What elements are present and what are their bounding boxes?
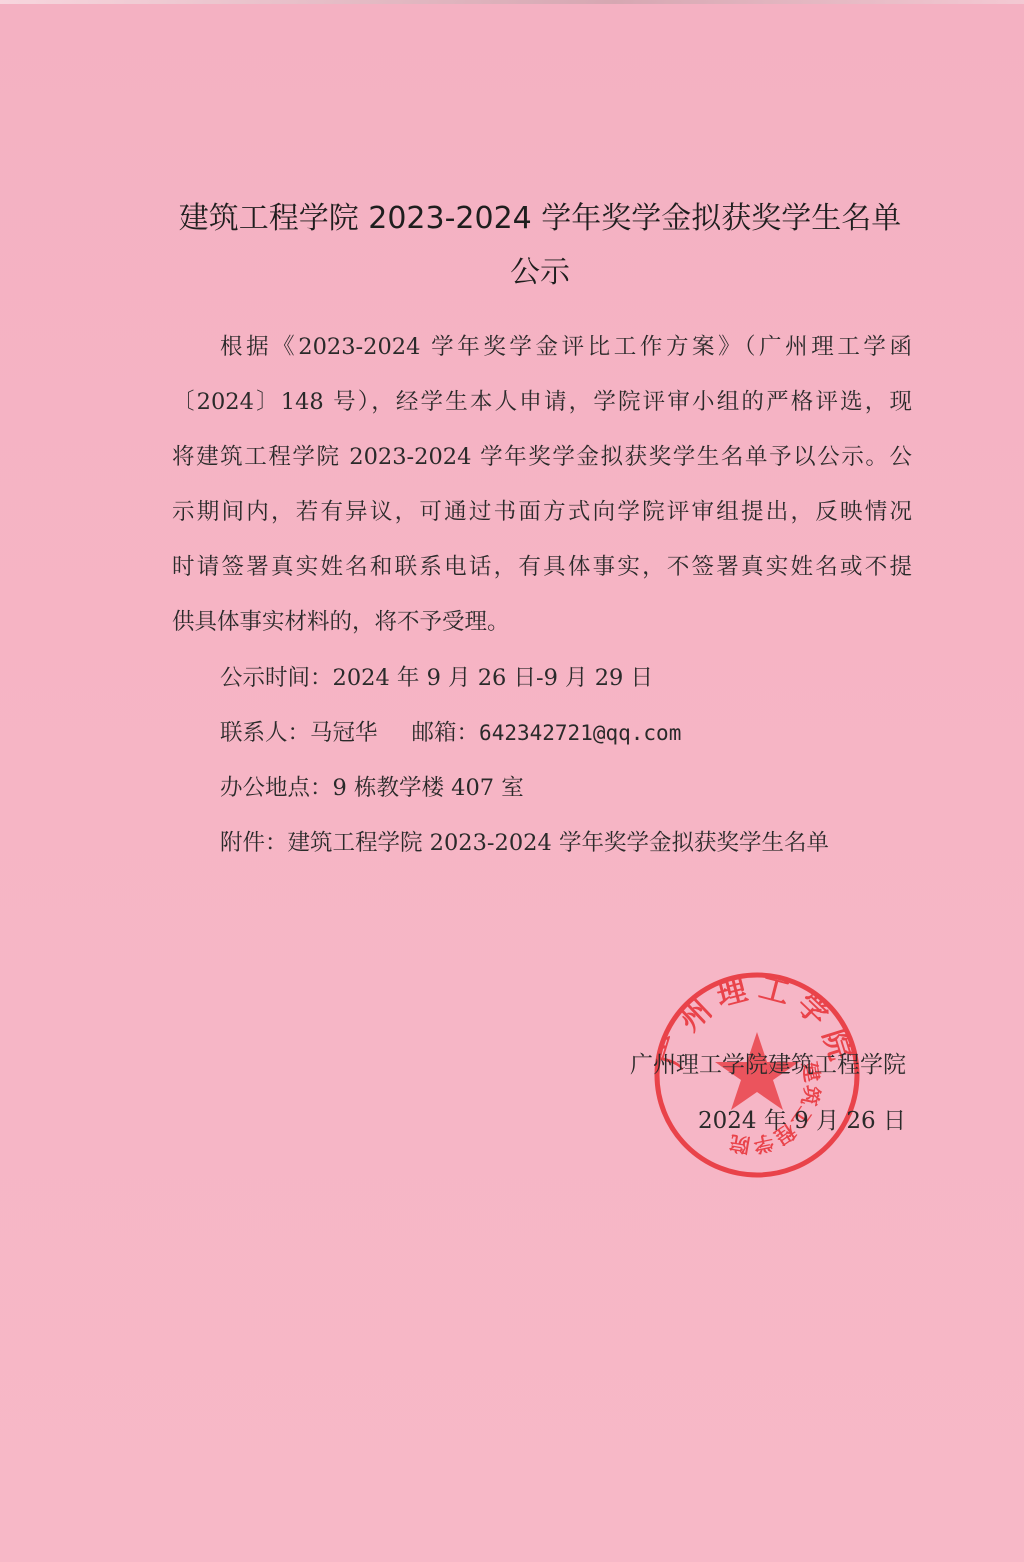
attachment: 附件：建筑工程学院 2023-2024 学年奖学金拟获奖学生名单 bbox=[220, 828, 829, 858]
contact-label: 联系人： bbox=[220, 720, 310, 746]
document-title-suffix: 公示 bbox=[0, 247, 1024, 291]
office-value: 9 栋教学楼 407 室 bbox=[333, 775, 524, 801]
publicity-period-label: 公示时间： bbox=[220, 665, 333, 691]
body-line: 供具体事实材料的，将不予受理。 bbox=[172, 607, 912, 637]
publicity-period-value: 2024 年 9 月 26 日-9 月 29 日 bbox=[333, 665, 653, 691]
publicity-period: 公示时间：2024 年 9 月 26 日-9 月 29 日 bbox=[220, 663, 653, 693]
body-line: 时请签署真实姓名和联系电话，有具体事实，不签署真实姓名或不提 bbox=[172, 552, 912, 582]
document-page: 建筑工程学院 2023-2024 学年奖学金拟获奖学生名单 公示 根据《2023… bbox=[0, 0, 1024, 1562]
contact-name: 马冠华 bbox=[310, 720, 378, 746]
document-title: 建筑工程学院 2023-2024 学年奖学金拟获奖学生名单 bbox=[0, 193, 1024, 237]
attachment-value: 建筑工程学院 2023-2024 学年奖学金拟获奖学生名单 bbox=[288, 830, 829, 856]
office-location: 办公地点：9 栋教学楼 407 室 bbox=[220, 773, 524, 803]
attachment-label: 附件： bbox=[220, 830, 288, 856]
signature-date: 2024 年 9 月 26 日 bbox=[698, 1106, 906, 1136]
body-line: 根据《2023-2024 学年奖学金评比工作方案》（广州理工学函 bbox=[220, 332, 912, 362]
office-label: 办公地点： bbox=[220, 775, 333, 801]
body-line: 〔2024〕148 号），经学生本人申请，学院评审小组的严格评选，现 bbox=[172, 387, 912, 417]
body-line: 示期间内，若有异议，可通过书面方式向学院评审组提出，反映情况 bbox=[172, 497, 912, 527]
contact-email: 642342721@qq.com bbox=[479, 721, 681, 745]
email-label: 邮箱： bbox=[412, 720, 480, 746]
body-line: 将建筑工程学院 2023-2024 学年奖学金拟获奖学生名单予以公示。公 bbox=[172, 442, 912, 472]
contact-info: 联系人：马冠华邮箱：642342721@qq.com bbox=[220, 718, 681, 748]
signature-organization: 广州理工学院建筑工程学院 bbox=[630, 1050, 906, 1080]
scan-edge bbox=[0, 0, 1024, 4]
